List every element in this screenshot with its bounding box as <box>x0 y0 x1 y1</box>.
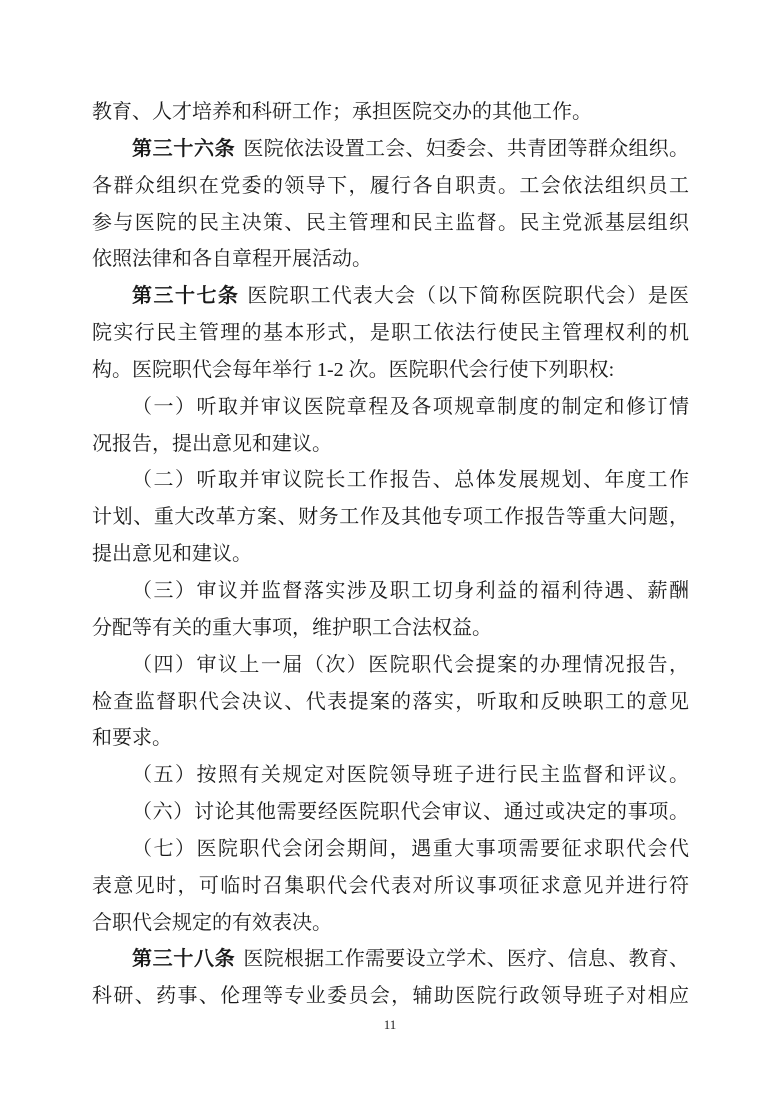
text-line: 表意见时，可临时召集职代会代表对所议事项征求意见并进行符 <box>92 868 689 905</box>
item-7-line: （七）医院职代会闭会期间，遇重大事项需要征求职代会代 <box>92 831 689 868</box>
text-line: 各群众组织在党委的领导下，履行各自职责。工会依法组织员工 <box>92 168 689 205</box>
text-line: 构。医院职代会每年举行 1-2 次。医院职代会行使下列职权: <box>92 352 689 389</box>
article-38-heading-line: 第三十八条医院根据工作需要设立学术、医疗、信息、教育、 <box>92 941 689 978</box>
text-line: 合职代会规定的有效表决。 <box>92 905 689 942</box>
article-36-heading-line: 第三十六条医院依法设置工会、妇委会、共青团等群众组织。 <box>92 131 689 168</box>
text-line: 教育、人才培养和科研工作；承担医院交办的其他工作。 <box>92 94 689 131</box>
text-line: 科研、药事、伦理等专业委员会，辅助医院行政领导班子对相应 <box>92 978 689 1015</box>
text-span: 医院职工代表大会（以下简称医院职代会）是医 <box>247 285 689 307</box>
item-2-line: （二）听取并审议院长工作报告、总体发展规划、年度工作 <box>92 462 689 499</box>
page-number: 11 <box>0 1016 780 1034</box>
article-37-term: 第三十七条 <box>132 285 239 307</box>
item-5-line: （五）按照有关规定对医院领导班子进行民主监督和评议。 <box>92 757 689 794</box>
article-36-term: 第三十六条 <box>132 138 235 160</box>
text-line: 和要求。 <box>92 720 689 757</box>
item-1-line: （一）听取并审议医院章程及各项规章制度的制定和修订情 <box>92 389 689 426</box>
page-body: 教育、人才培养和科研工作；承担医院交办的其他工作。 第三十六条医院依法设置工会、… <box>92 94 689 1015</box>
text-line: 检查监督职代会决议、代表提案的落实，听取和反映职工的意见 <box>92 684 689 721</box>
item-6-line: （六）讨论其他需要经医院职代会审议、通过或决定的事项。 <box>92 794 689 831</box>
text-line: 计划、重大改革方案、财务工作及其他专项工作报告等重大问题， <box>92 499 689 536</box>
item-4-line: （四）审议上一届（次）医院职代会提案的办理情况报告， <box>92 647 689 684</box>
text-line: 提出意见和建议。 <box>92 536 689 573</box>
text-line: 分配等有关的重大事项，维护职工合法权益。 <box>92 610 689 647</box>
article-37-heading-line: 第三十七条医院职工代表大会（以下简称医院职代会）是医 <box>92 278 689 315</box>
article-38-term: 第三十八条 <box>132 948 235 970</box>
text-line: 依照法律和各自章程开展活动。 <box>92 241 689 278</box>
document-page: 教育、人才培养和科研工作；承担医院交办的其他工作。 第三十六条医院依法设置工会、… <box>0 0 780 1103</box>
text-line: 况报告，提出意见和建议。 <box>92 426 689 463</box>
text-span: 医院依法设置工会、妇委会、共青团等群众组织。 <box>243 138 689 160</box>
item-3-line: （三）审议并监督落实涉及职工切身利益的福利待遇、薪酬 <box>92 573 689 610</box>
text-line: 院实行民主管理的基本形式，是职工依法行使民主管理权利的机 <box>92 315 689 352</box>
text-line: 参与医院的民主决策、民主管理和民主监督。民主党派基层组织 <box>92 205 689 242</box>
text-span: 医院根据工作需要设立学术、医疗、信息、教育、 <box>243 948 689 970</box>
